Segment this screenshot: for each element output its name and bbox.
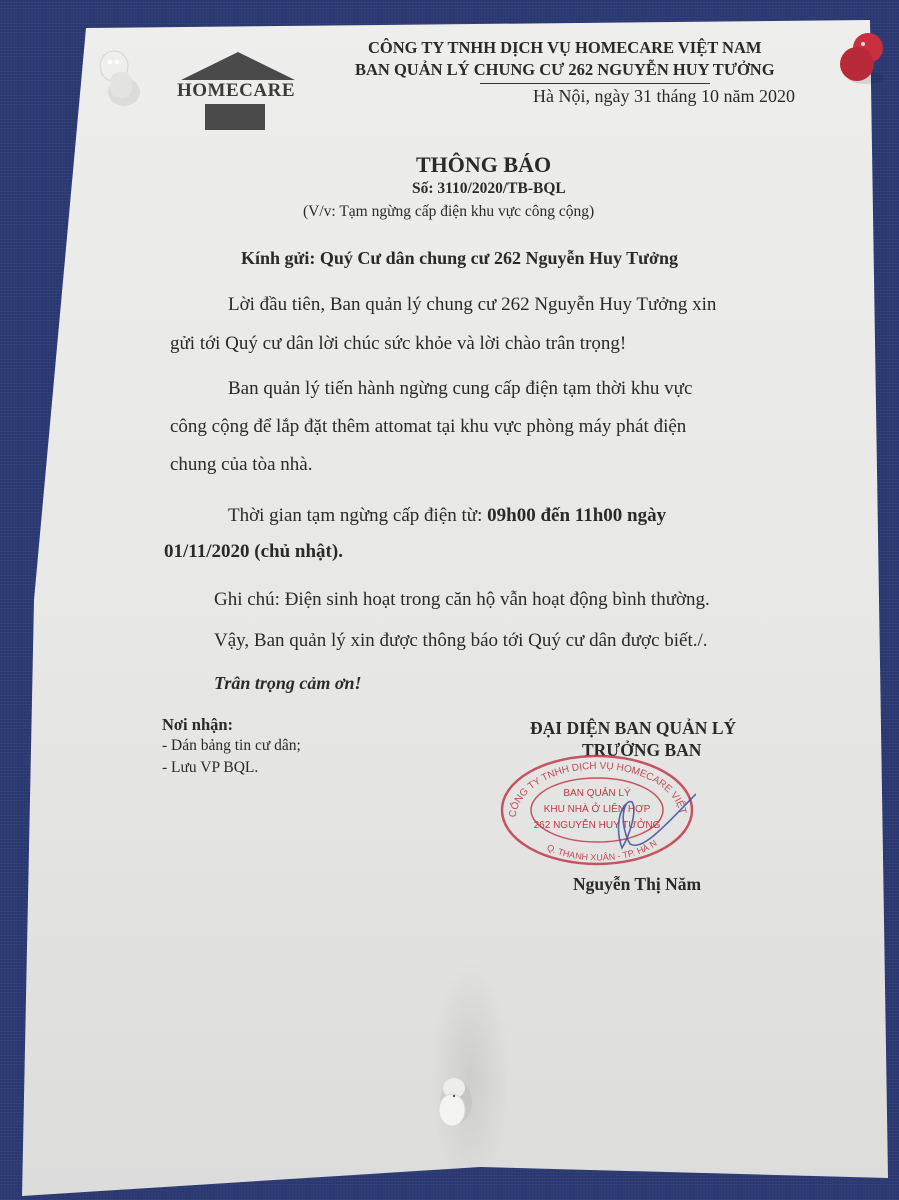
closing: Vậy, Ban quản lý xin được thông báo tới … bbox=[214, 622, 708, 660]
para2-line3: chung của tòa nhà. bbox=[170, 446, 312, 484]
red-pushpin-icon bbox=[832, 28, 892, 88]
notice-title: THÔNG BÁO bbox=[416, 152, 551, 178]
white-pushpin-icon bbox=[96, 44, 146, 114]
official-stamp-icon: CÔNG TY TNHH DỊCH VỤ HOMECARE VIỆT NAM Q… bbox=[498, 752, 696, 868]
thanks: Trân trọng cảm ơn! bbox=[214, 664, 362, 702]
header-divider bbox=[480, 83, 710, 84]
place-date: Hà Nội, ngày 31 tháng 10 năm 2020 bbox=[533, 86, 795, 107]
recipient-item: - Lưu VP BQL. bbox=[162, 759, 258, 777]
svg-text:BAN QUẢN LÝ: BAN QUẢN LÝ bbox=[563, 786, 631, 799]
schedule-line1: Thời gian tạm ngừng cấp điện từ: 09h00 đ… bbox=[228, 497, 666, 535]
notice-number: Số: 3110/2020/TB-BQL bbox=[412, 180, 566, 198]
recipient-item: - Dán bảng tin cư dân; bbox=[162, 737, 301, 755]
department-name: BAN QUẢN LÝ CHUNG CƯ 262 NGUYỄN HUY TƯỞN… bbox=[355, 60, 775, 80]
notice-subject: (V/v: Tạm ngừng cấp điện khu vực công cộ… bbox=[303, 203, 594, 221]
signer-name: Nguyễn Thị Năm bbox=[573, 874, 701, 895]
recipients-heading: Nơi nhận: bbox=[162, 715, 233, 735]
signature-title: ĐẠI DIỆN BAN QUẢN LÝ bbox=[530, 718, 736, 739]
homecare-logo: HOMECARE bbox=[175, 52, 301, 130]
addressee: Kính gửi: Quý Cư dân chung cư 262 Nguyễn… bbox=[241, 248, 678, 269]
schedule-time: 09h00 đến 11h00 ngày bbox=[487, 505, 666, 526]
para1-line2: gửi tới Quý cư dân lời chúc sức khỏe và … bbox=[170, 325, 626, 363]
company-name: CÔNG TY TNHH DỊCH VỤ HOMECARE VIỆT NAM bbox=[368, 38, 761, 58]
logo-base-icon bbox=[205, 104, 265, 130]
logo-roof-icon bbox=[181, 52, 295, 80]
note: Ghi chú: Điện sinh hoạt trong căn hộ vẫn… bbox=[214, 581, 710, 619]
svg-text:262 NGUYỄN HUY TƯỞNG: 262 NGUYỄN HUY TƯỞNG bbox=[534, 818, 661, 831]
schedule-prefix: Thời gian tạm ngừng cấp điện từ: bbox=[228, 505, 487, 526]
para2-line1: Ban quản lý tiến hành ngừng cung cấp điệ… bbox=[228, 370, 692, 408]
white-pushpin-icon bbox=[432, 1072, 477, 1142]
para2-line2: công cộng để lắp đặt thêm attomat tại kh… bbox=[170, 408, 686, 446]
para1-line1: Lời đầu tiên, Ban quản lý chung cư 262 N… bbox=[228, 286, 716, 324]
logo-text: HOMECARE bbox=[177, 80, 295, 102]
schedule-date: 01/11/2020 (chủ nhật). bbox=[164, 533, 343, 571]
